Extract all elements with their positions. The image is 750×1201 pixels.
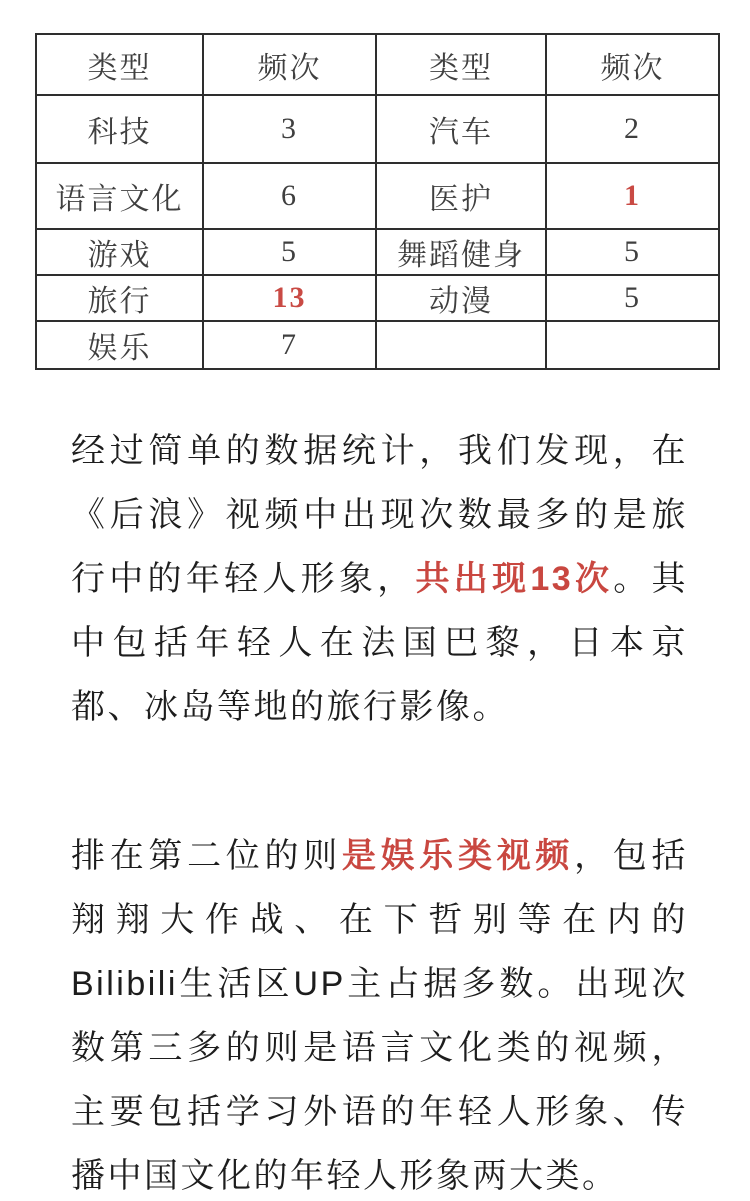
- paragraph-travel-stats: 经过简单的数据统计，我们发现，在《后浪》视频中出现次数最多的是旅行中的年轻人形象…: [71, 419, 688, 739]
- table-cell-category: 旅行: [36, 275, 203, 321]
- table-cell-category: 舞蹈健身: [376, 229, 546, 275]
- table-header-type-left: 类型: [36, 34, 203, 95]
- table-cell-frequency: 5: [546, 229, 719, 275]
- table-cell-category: 科技: [36, 95, 203, 163]
- table-row: 娱乐 7: [36, 321, 719, 369]
- table-cell-category-empty: [376, 321, 546, 369]
- document-page: 类型 频次 类型 频次 科技 3 汽车 2 语言文化 6 医护 1 游戏 5: [0, 33, 750, 1201]
- frequency-table: 类型 频次 类型 频次 科技 3 汽车 2 语言文化 6 医护 1 游戏 5: [35, 33, 720, 370]
- highlight-text-13-times: 共出现13次: [416, 560, 614, 598]
- table-cell-frequency: 5: [203, 229, 376, 275]
- table-cell-category: 动漫: [376, 275, 546, 321]
- table-header-row: 类型 频次 类型 频次: [36, 34, 719, 95]
- table-cell-category: 医护: [376, 163, 546, 229]
- table-cell-frequency: 3: [203, 95, 376, 163]
- table-row: 语言文化 6 医护 1: [36, 163, 719, 229]
- paragraph-text: 排在第二位的则: [71, 837, 342, 875]
- table-cell-frequency: 5: [546, 275, 719, 321]
- article-text: 经过简单的数据统计，我们发现，在《后浪》视频中出现次数最多的是旅行中的年轻人形象…: [71, 419, 688, 1201]
- table-cell-category: 娱乐: [36, 321, 203, 369]
- table-cell-frequency: 7: [203, 321, 376, 369]
- table-cell-frequency: 1: [546, 163, 719, 229]
- table-cell-category: 语言文化: [36, 163, 203, 229]
- table-header-type-right: 类型: [376, 34, 546, 95]
- table-cell-frequency: 6: [203, 163, 376, 229]
- table-cell-frequency: 2: [546, 95, 719, 163]
- highlight-text-entertainment: 是娱乐类视频: [342, 837, 574, 875]
- table-cell-category: 游戏: [36, 229, 203, 275]
- table-header-freq-right: 频次: [546, 34, 719, 95]
- table-cell-category: 汽车: [376, 95, 546, 163]
- table-row: 科技 3 汽车 2: [36, 95, 719, 163]
- table-row: 旅行 13 动漫 5: [36, 275, 719, 321]
- table-cell-frequency-empty: [546, 321, 719, 369]
- paragraph-second-place: 排在第二位的则是娱乐类视频，包括翔翔大作战、在下哲别等在内的Bilibili生活…: [71, 824, 688, 1201]
- table-header-freq-left: 频次: [203, 34, 376, 95]
- table-cell-frequency: 13: [203, 275, 376, 321]
- table-row: 游戏 5 舞蹈健身 5: [36, 229, 719, 275]
- paragraph-text: ，包括翔翔大作战、在下哲别等在内的Bilibili生活区UP主占据多数。出现次数…: [71, 837, 688, 1195]
